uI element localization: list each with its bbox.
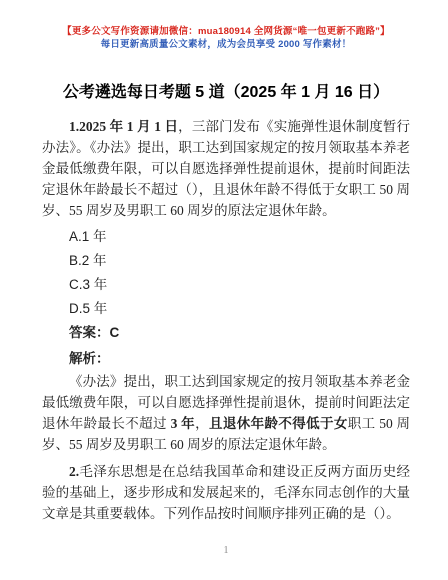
promo-notice: 【更多公文写作资源请加微信：mua180914 全网货源“唯一包更新不跑路”】 … [42, 25, 410, 51]
analysis-label: 解析： [42, 348, 410, 369]
option-b: B.2 年 [42, 250, 410, 271]
promo-notice-line1: 【更多公文写作资源请加微信：mua180914 全网货源“唯一包更新不跑路”】 [42, 25, 410, 38]
question-1-number: 1.2025 年 1 月 1 日 [69, 119, 178, 134]
option-a: A.1 年 [42, 226, 410, 247]
analysis-text-2: ， [195, 416, 209, 431]
page-title: 公考遴选每日考题 5 道（2025 年 1 月 16 日） [42, 82, 410, 104]
question-2-paragraph: 2.毛泽东思想是在总结我国革命和建设正反两方面历史经验的基础上，逐步形成和发展起… [42, 461, 410, 524]
promo-notice-line2: 每日更新高质量公文素材，成为会员享受 2000 写作素材！ [42, 38, 410, 51]
analysis-bold-2: 且退休年龄不得低于女 [209, 416, 348, 431]
analysis-bold-1: 3 年 [171, 416, 195, 431]
document-page: 【更多公文写作资源请加微信：mua180914 全网货源“唯一包更新不跑路”】 … [0, 0, 448, 580]
answer-line: 答案：C [42, 322, 410, 343]
question-2-text: 毛泽东思想是在总结我国革命和建设正反两方面历史经验的基础上，逐步形成和发展起来的… [42, 464, 410, 521]
option-c: C.3 年 [42, 274, 410, 295]
page-number: 1 [42, 544, 410, 558]
question-2-number: 2. [69, 464, 79, 479]
option-d: D.5 年 [42, 298, 410, 319]
analysis-paragraph: 《办法》提出，职工达到国家规定的按月领取基本养老金最低缴费年限，可以自愿选择弹性… [42, 371, 410, 455]
question-1-paragraph: 1.2025 年 1 月 1 日，三部门发布《实施弹性退休制度暂行办法》。《办法… [42, 116, 410, 221]
